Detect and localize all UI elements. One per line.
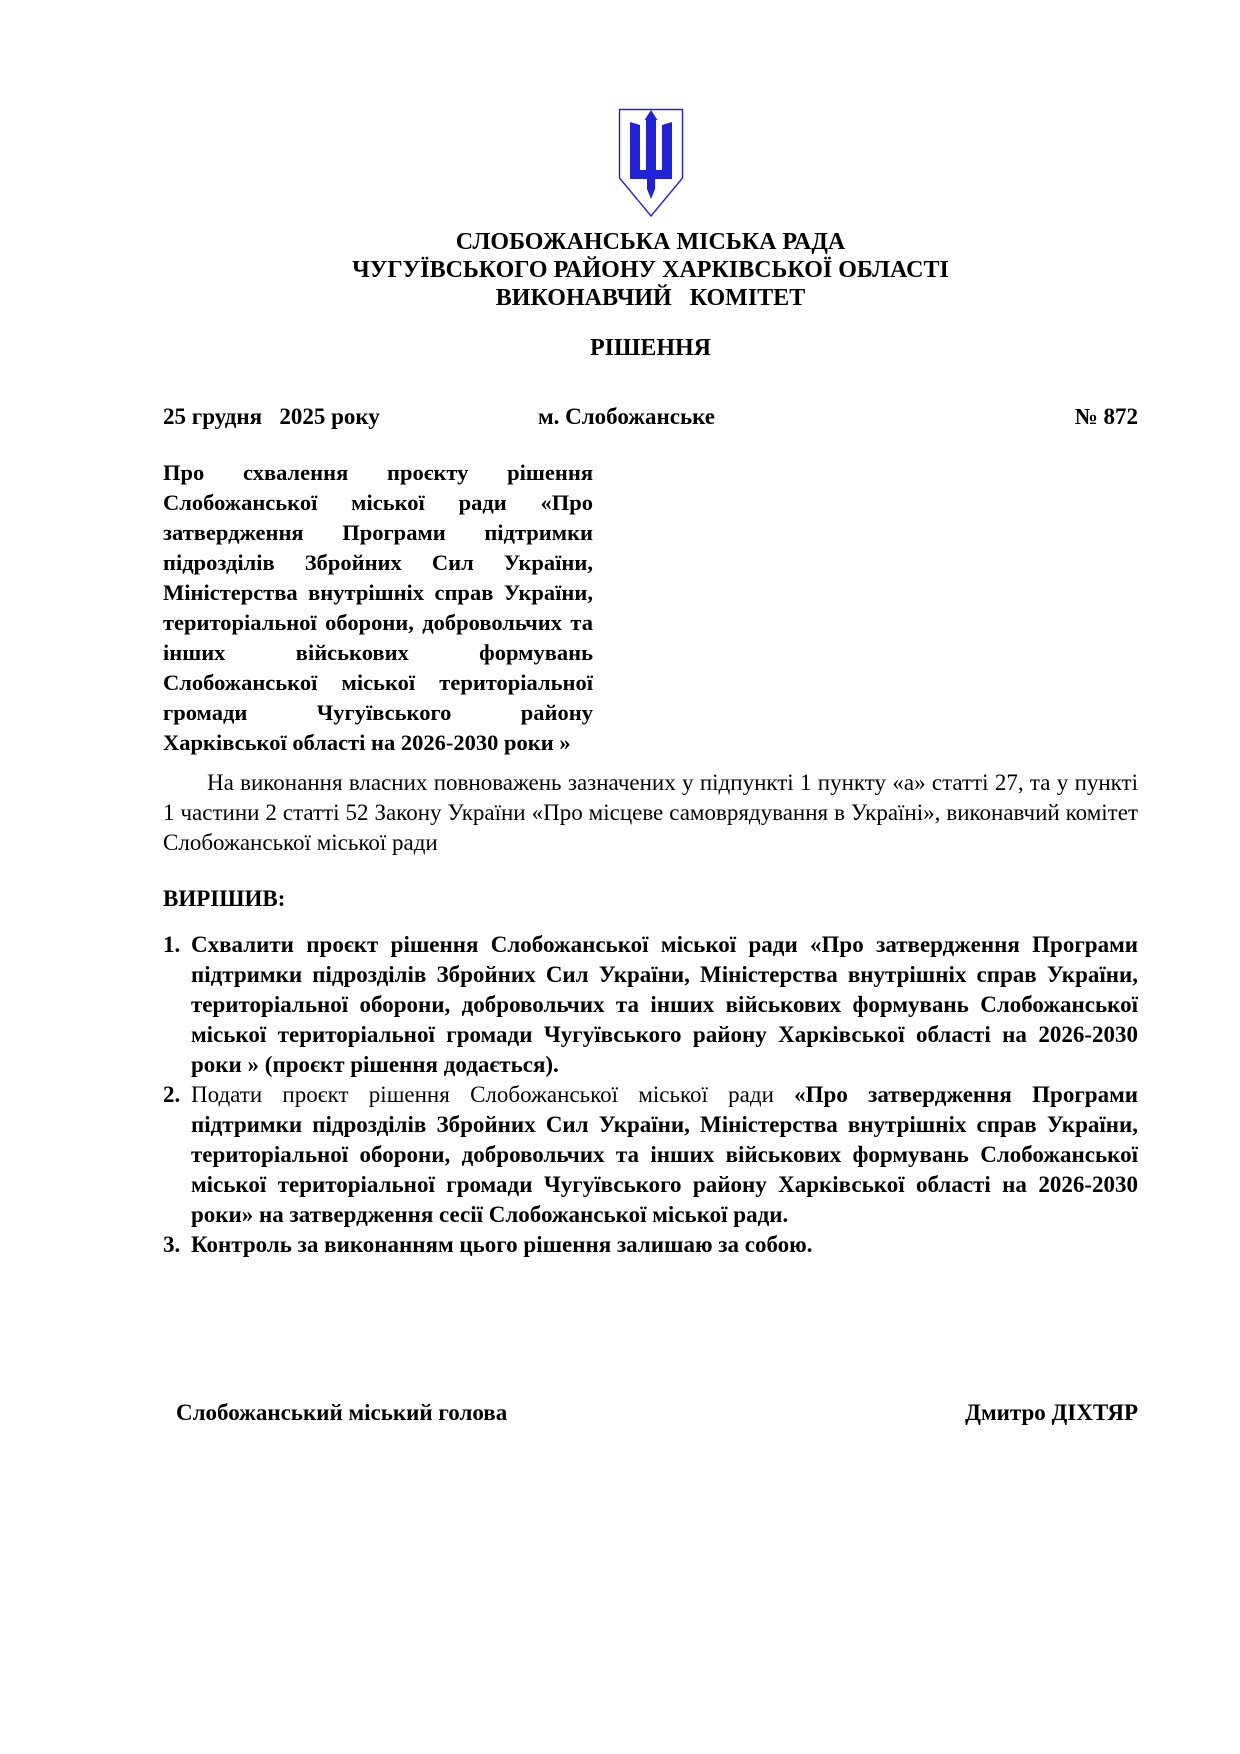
document-date: 25 грудня 2025 року — [163, 402, 380, 432]
item-text-segment: Подати проєкт рішення Слобожанської місь… — [191, 1082, 794, 1107]
item-text-segment: Схвалити проєкт рішення Слобожанської мі… — [191, 932, 1138, 1077]
tryzub-coat-of-arms-icon — [618, 108, 684, 218]
item-text: Контроль за виконанням цього рішення зал… — [191, 1232, 813, 1257]
item-text: Подати проєкт рішення Слобожанської місь… — [191, 1082, 1138, 1227]
resolution-item-2: 2.Подати проєкт рішення Слобожанської мі… — [163, 1080, 1138, 1230]
signature-row: Слобожанський міський голова Дмитро ДІХТ… — [163, 1398, 1138, 1428]
trident-glyph — [630, 110, 672, 199]
item-text: Схвалити проєкт рішення Слобожанської мі… — [191, 932, 1138, 1077]
document-meta-row: 25 грудня 2025 року м. Слобожанське № 87… — [163, 402, 1138, 432]
document-type-title: РІШЕННЯ — [163, 334, 1138, 362]
resolution-items-list: 1.Схвалити проєкт рішення Слобожанської … — [163, 930, 1138, 1260]
organization-district: ЧУГУЇВСЬКОГО РАЙОНУ ХАРКІВСЬКОЇ ОБЛАСТІ — [163, 256, 1138, 284]
item-text-segment: Контроль за виконанням цього рішення зал… — [191, 1232, 813, 1257]
document-number: № 872 — [1075, 402, 1138, 432]
document-subject: Про схвалення проєкту рішення Слобожансь… — [163, 458, 593, 758]
resolution-item-1: 1.Схвалити проєкт рішення Слобожанської … — [163, 930, 1138, 1080]
item-number: 3. — [163, 1230, 180, 1260]
document-preamble: На виконання власних повноважень зазначе… — [163, 768, 1138, 858]
resolution-item-3: 3.Контроль за виконанням цього рішення з… — [163, 1230, 1138, 1260]
signer-title: Слобожанський міський голова — [163, 1398, 507, 1428]
document-content: СЛОБОЖАНСЬКА МІСЬКА РАДА ЧУГУЇВСЬКОГО РА… — [163, 0, 1138, 1428]
signer-name: Дмитро ДІХТЯР — [965, 1398, 1138, 1428]
item-number: 2. — [163, 1080, 180, 1110]
document-place: м. Слобожанське — [538, 402, 715, 432]
organization-name: СЛОБОЖАНСЬКА МІСЬКА РАДА — [163, 228, 1138, 256]
organization-committee: ВИКОНАВЧИЙ КОМІТЕТ — [163, 284, 1138, 312]
resolved-label: ВИРІШИВ: — [163, 884, 1138, 914]
decision-document-page: СЛОБОЖАНСЬКА МІСЬКА РАДА ЧУГУЇВСЬКОГО РА… — [0, 0, 1240, 1754]
organization-header: СЛОБОЖАНСЬКА МІСЬКА РАДА ЧУГУЇВСЬКОГО РА… — [163, 228, 1138, 312]
item-number: 1. — [163, 930, 180, 960]
